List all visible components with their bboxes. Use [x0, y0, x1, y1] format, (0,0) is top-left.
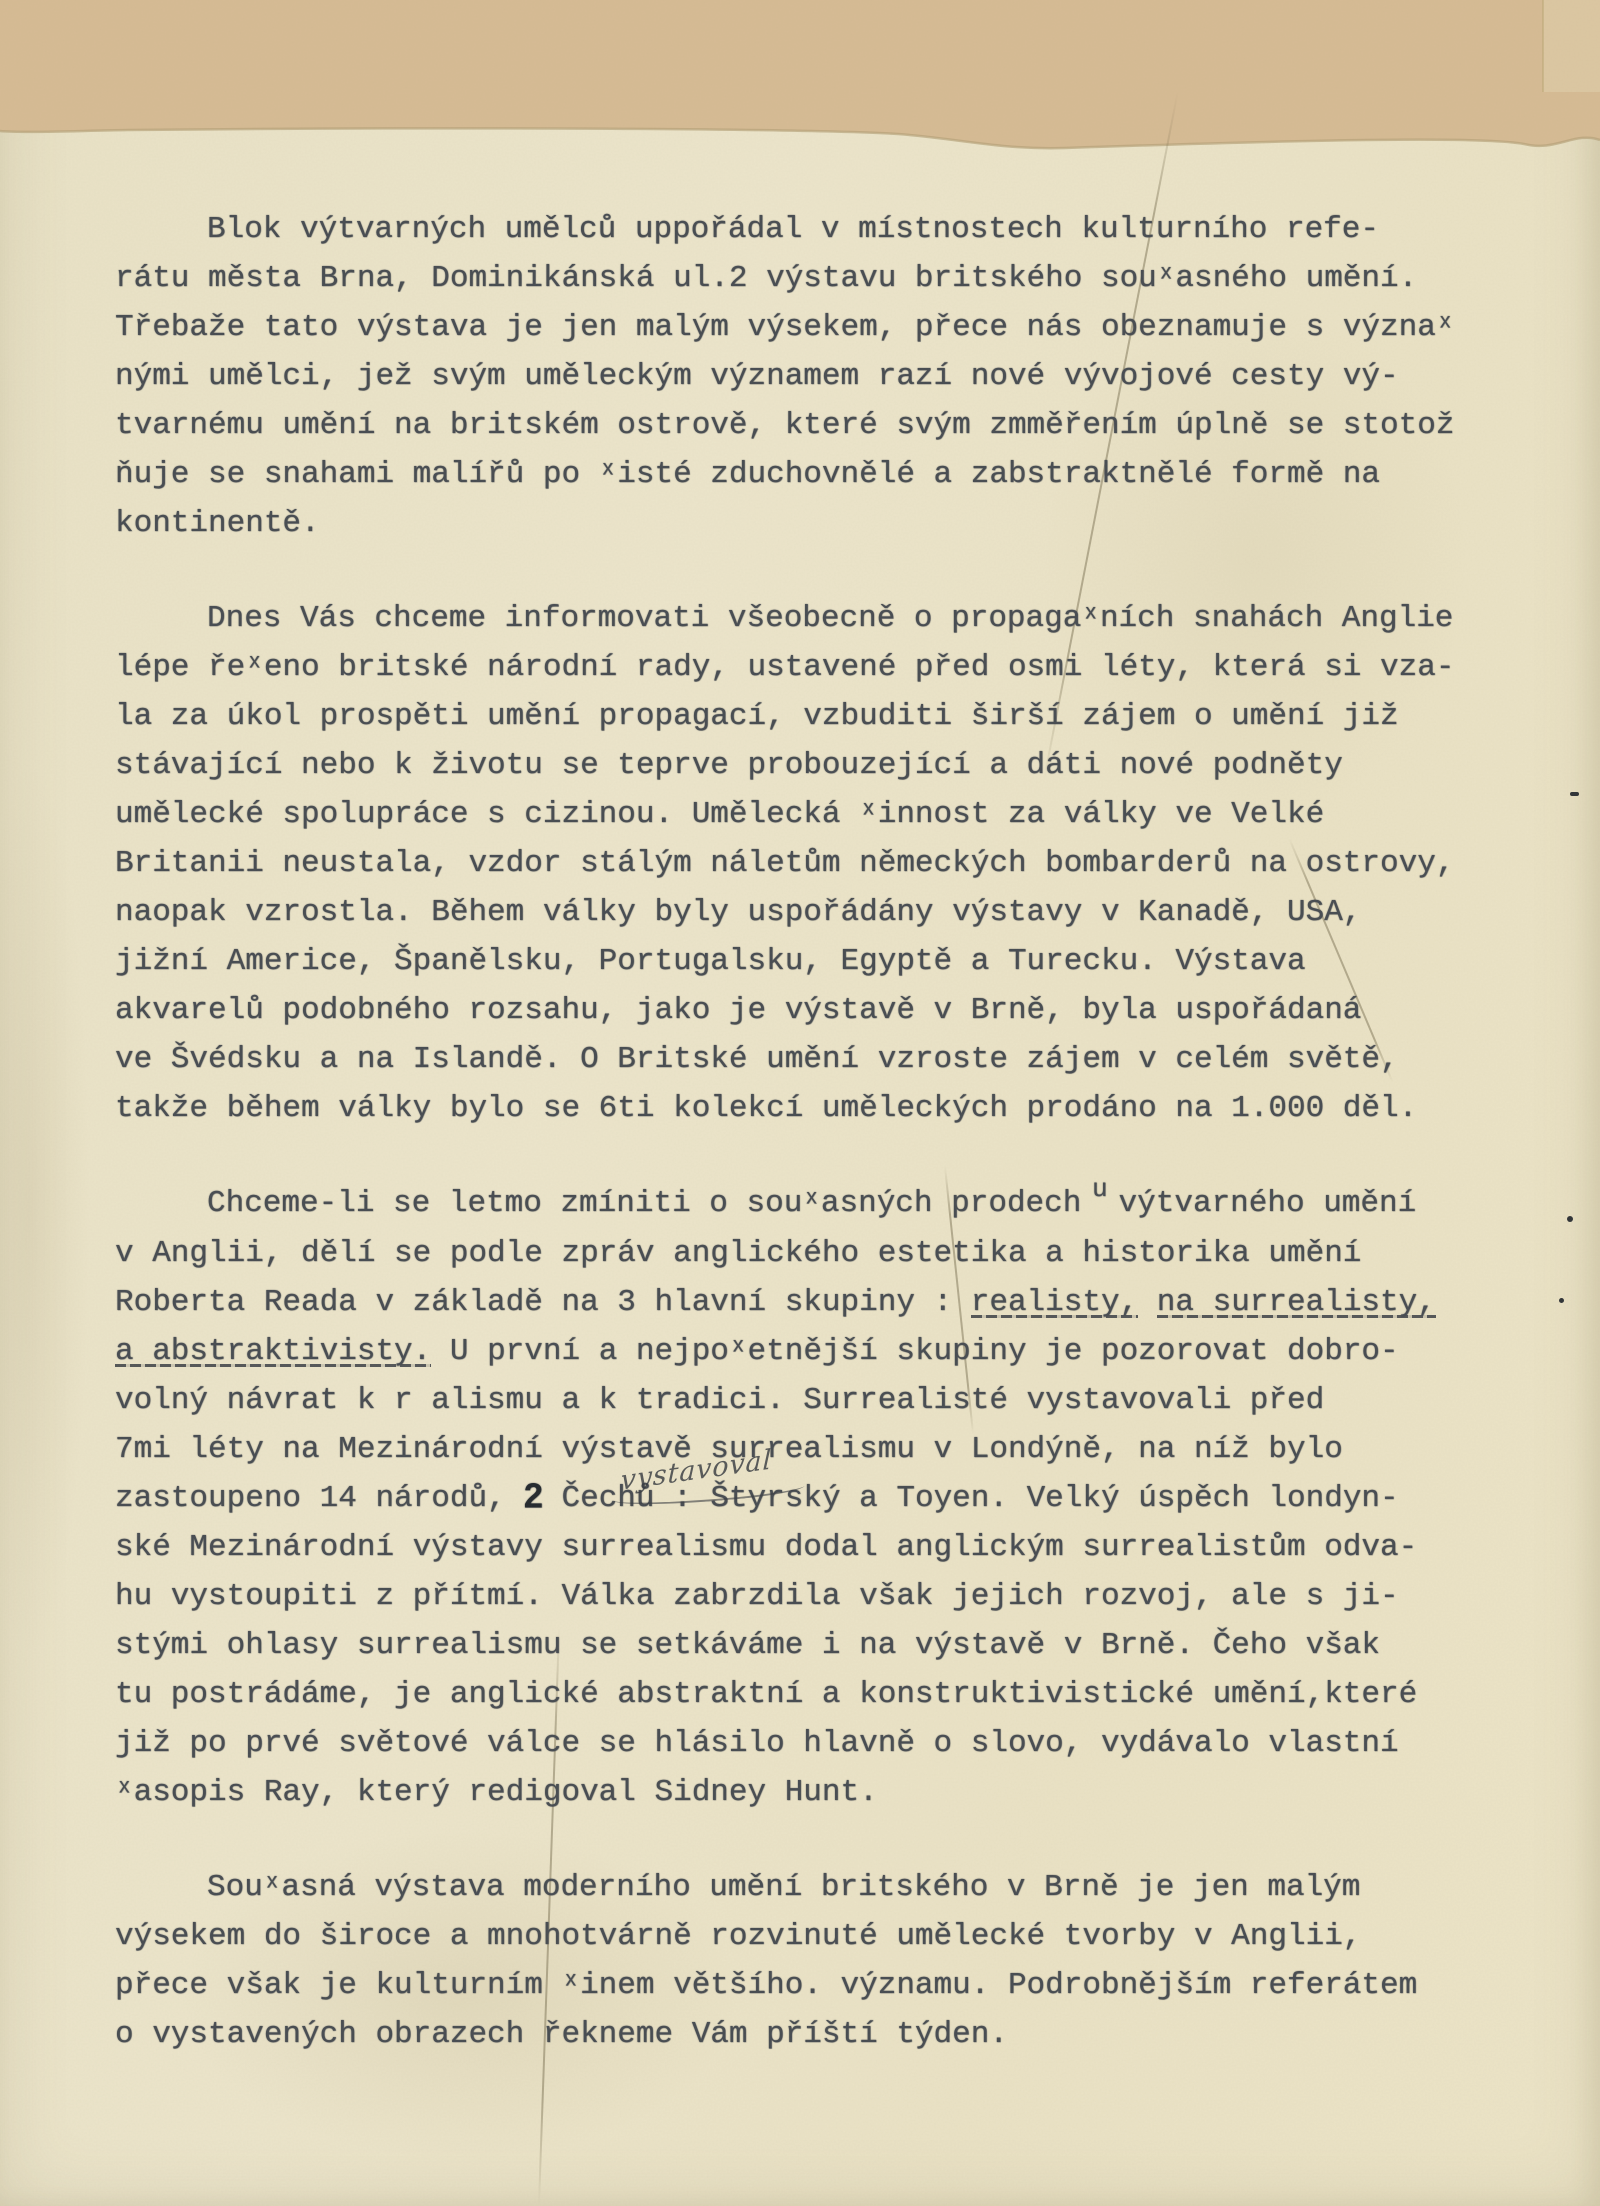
line-segment: U první a nejpoˣetnější skupiny je pozor… — [431, 1334, 1398, 1369]
text-line: o vystavených obrazech řekneme Vám příšt… — [115, 2010, 1565, 2059]
paper-stain — [0, 760, 90, 1660]
text-line: ňuje se snahami malířů po ˣisté zduchovn… — [115, 450, 1565, 499]
text-line: Blok výtvarných umělců uppořádal v místn… — [115, 205, 1565, 254]
text-line: 7mi léty na Mezinárodní výstavě surreali… — [115, 1425, 1565, 1474]
text-line: akvarelů podobného rozsahu, jako je výst… — [115, 986, 1565, 1035]
text-line: Souˣasná výstava moderního umění britské… — [115, 1863, 1565, 1912]
text-line: Dnes Vás chceme informovati všeobecně o … — [115, 594, 1565, 643]
paragraph-1: Blok výtvarných umělců uppořádal v místn… — [115, 205, 1565, 548]
text-line: ˣasopis Ray, který redigoval Sidney Hunt… — [115, 1768, 1565, 1817]
ink-speck — [1567, 1216, 1573, 1222]
text-line: výsekem do široce a mnohotvárně rozvinut… — [115, 1912, 1565, 1961]
text-line: ve Švédsku a na Islandě. O Britské umění… — [115, 1035, 1565, 1084]
text-line: již po prvé světové válce se hlásilo hla… — [115, 1719, 1565, 1768]
text-line: Chceme-li se letmo zmíniti o souˣasných … — [115, 1179, 1565, 1229]
typewritten-text: Blok výtvarných umělců uppořádal v místn… — [115, 0, 1565, 2105]
text-line: jižní Americe, Španělsku, Portugalsku, E… — [115, 937, 1565, 986]
text-line: přece však je kulturním ˣinem většího. v… — [115, 1961, 1565, 2010]
ink-speck — [1570, 792, 1579, 796]
text-line: volný návrat k r alismu a k tradici. Sur… — [115, 1376, 1565, 1425]
text-line: nými umělci, jež svým uměleckým významem… — [115, 352, 1565, 401]
line-segment: Roberta Reada v základě na 3 hlavní skup… — [115, 1285, 971, 1320]
text-line: zastoupeno 14 národů, 2 Čechů : Štyrský … — [115, 1474, 1565, 1523]
underlined-phrase: a abstraktivisty. — [115, 1334, 431, 1371]
text-line: stými ohlasy surrealismu se setkáváme i … — [115, 1621, 1565, 1670]
text-line: stávající nebo k životu se teprve probou… — [115, 741, 1565, 790]
text-line: hu vystoupiti z přítmí. Válka zabrzdila … — [115, 1572, 1565, 1621]
paragraph-3: Chceme-li se letmo zmíniti o souˣasných … — [115, 1179, 1565, 1817]
line-segment: Štyrský a Toyen. Velký úspěch londyn- — [710, 1481, 1398, 1516]
text-line: ské Mezinárodní výstavy surrealismu doda… — [115, 1523, 1565, 1572]
text-line: v Anglii, dělí se podle zpráv anglického… — [115, 1229, 1565, 1278]
scanned-typewritten-page: Blok výtvarných umělců uppořádal v místn… — [0, 0, 1600, 2206]
paragraph-4: Souˣasná výstava moderního umění britské… — [115, 1863, 1565, 2059]
text-line: takže během války bylo se 6ti kolekcí um… — [115, 1084, 1565, 1133]
underlined-phrase: realisty, — [971, 1285, 1138, 1322]
text-line: Roberta Reada v základě na 3 hlavní skup… — [115, 1278, 1565, 1327]
handwritten-numeral: 2 — [523, 1470, 544, 1528]
line-segment: Chceme-li se letmo zmíniti o souˣasných … — [207, 1186, 1007, 1221]
underlined-phrase: na surrealisty, — [1157, 1285, 1436, 1322]
text-line: umělecké spolupráce s cizinou. Umělecká … — [115, 790, 1565, 839]
paragraph-2: Dnes Vás chceme informovati všeobecně o … — [115, 594, 1565, 1133]
text-line: Třebaže tato výstava je jen malým výseke… — [115, 303, 1565, 352]
text-line: kontinentě. — [115, 499, 1565, 548]
text-line: tvarnému umění na britském ostrově, kter… — [115, 401, 1565, 450]
text-line: naopak vzrostla. Během války byly uspořá… — [115, 888, 1565, 937]
line-segment — [1138, 1285, 1157, 1320]
text-line: lépe řeˣeno britské národní rady, ustave… — [115, 643, 1565, 692]
text-line: a abstraktivisty. U první a nejpoˣetnějš… — [115, 1327, 1565, 1376]
text-line: Britanii neustala, vzdor stálým náletům … — [115, 839, 1565, 888]
text-line: la za úkol prospěti umění propagací, vzb… — [115, 692, 1565, 741]
line-segment: zastoupeno 14 národů, — [115, 1481, 524, 1516]
text-line: rátu města Brna, Dominikánská ul.2 výsta… — [115, 254, 1565, 303]
text-line: tu postrádáme, je anglické abstraktní a … — [115, 1670, 1565, 1719]
line-segment: dech výtvarného umění — [1007, 1186, 1416, 1221]
